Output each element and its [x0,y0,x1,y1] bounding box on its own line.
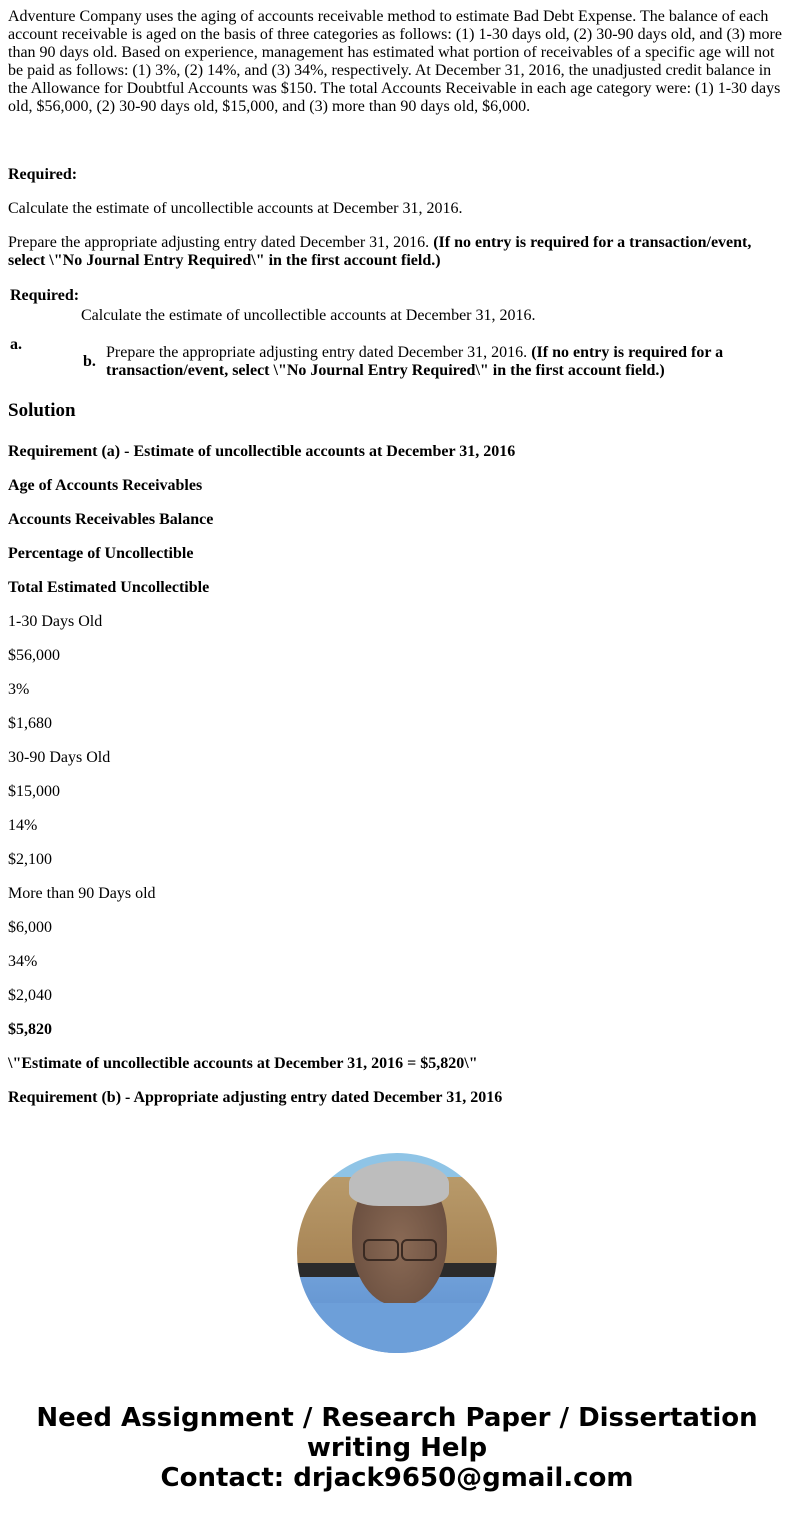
table-cell: 34% [8,953,37,971]
glasses-icon [363,1239,399,1261]
req-a-heading: Requirement (a) - Estimate of uncollecti… [8,443,515,461]
column-header: Percentage of Uncollectible [8,545,193,563]
table-cell: 1-30 Days Old [8,613,102,631]
table-cell: $1,680 [8,715,52,733]
table-cell: 14% [8,817,37,835]
table-cell: $15,000 [8,783,60,801]
shirt-shape [297,1303,497,1353]
hair-shape [349,1161,449,1206]
table-cell: $2,100 [8,851,52,869]
required-table-item-a: Calculate the estimate of uncollectible … [81,307,536,325]
required-table-item-b-text: Prepare the appropriate adjusting entry … [106,344,531,361]
promo-line-2: writing Help [0,1433,794,1463]
required-table-label-b: b. [83,353,96,371]
intro-paragraph: Adventure Company uses the aging of acco… [8,8,786,116]
table-cell: $56,000 [8,647,60,665]
table-cell: $2,040 [8,987,52,1005]
estimate-statement: \"Estimate of uncollectible accounts at … [8,1055,478,1073]
glasses-icon [401,1239,437,1261]
table-cell: $6,000 [8,919,52,937]
column-header: Age of Accounts Receivables [8,477,202,495]
author-avatar [297,1153,497,1353]
table-cell: More than 90 Days old [8,885,156,903]
required-table-heading: Required: [10,287,79,305]
column-header: Total Estimated Uncollectible [8,579,209,597]
total-value: $5,820 [8,1021,52,1039]
required-heading: Required: [8,166,77,184]
required-item-a: Calculate the estimate of uncollectible … [8,200,463,218]
promo-contact: Contact: drjack9650@gmail.com [0,1463,794,1493]
promo-line-1: Need Assignment / Research Paper / Disse… [0,1403,794,1433]
table-cell: 3% [8,681,29,699]
required-item-b-text: Prepare the appropriate adjusting entry … [8,234,433,251]
table-cell: 30-90 Days Old [8,749,110,767]
required-table-label-a: a. [10,336,22,354]
solution-heading: Solution [8,402,76,420]
promo-banner: Need Assignment / Research Paper / Disse… [0,1403,794,1493]
req-b-heading: Requirement (b) - Appropriate adjusting … [8,1089,502,1107]
required-item-b: Prepare the appropriate adjusting entry … [8,234,786,270]
column-header: Accounts Receivables Balance [8,511,213,529]
required-table-item-b: Prepare the appropriate adjusting entry … [106,344,766,380]
